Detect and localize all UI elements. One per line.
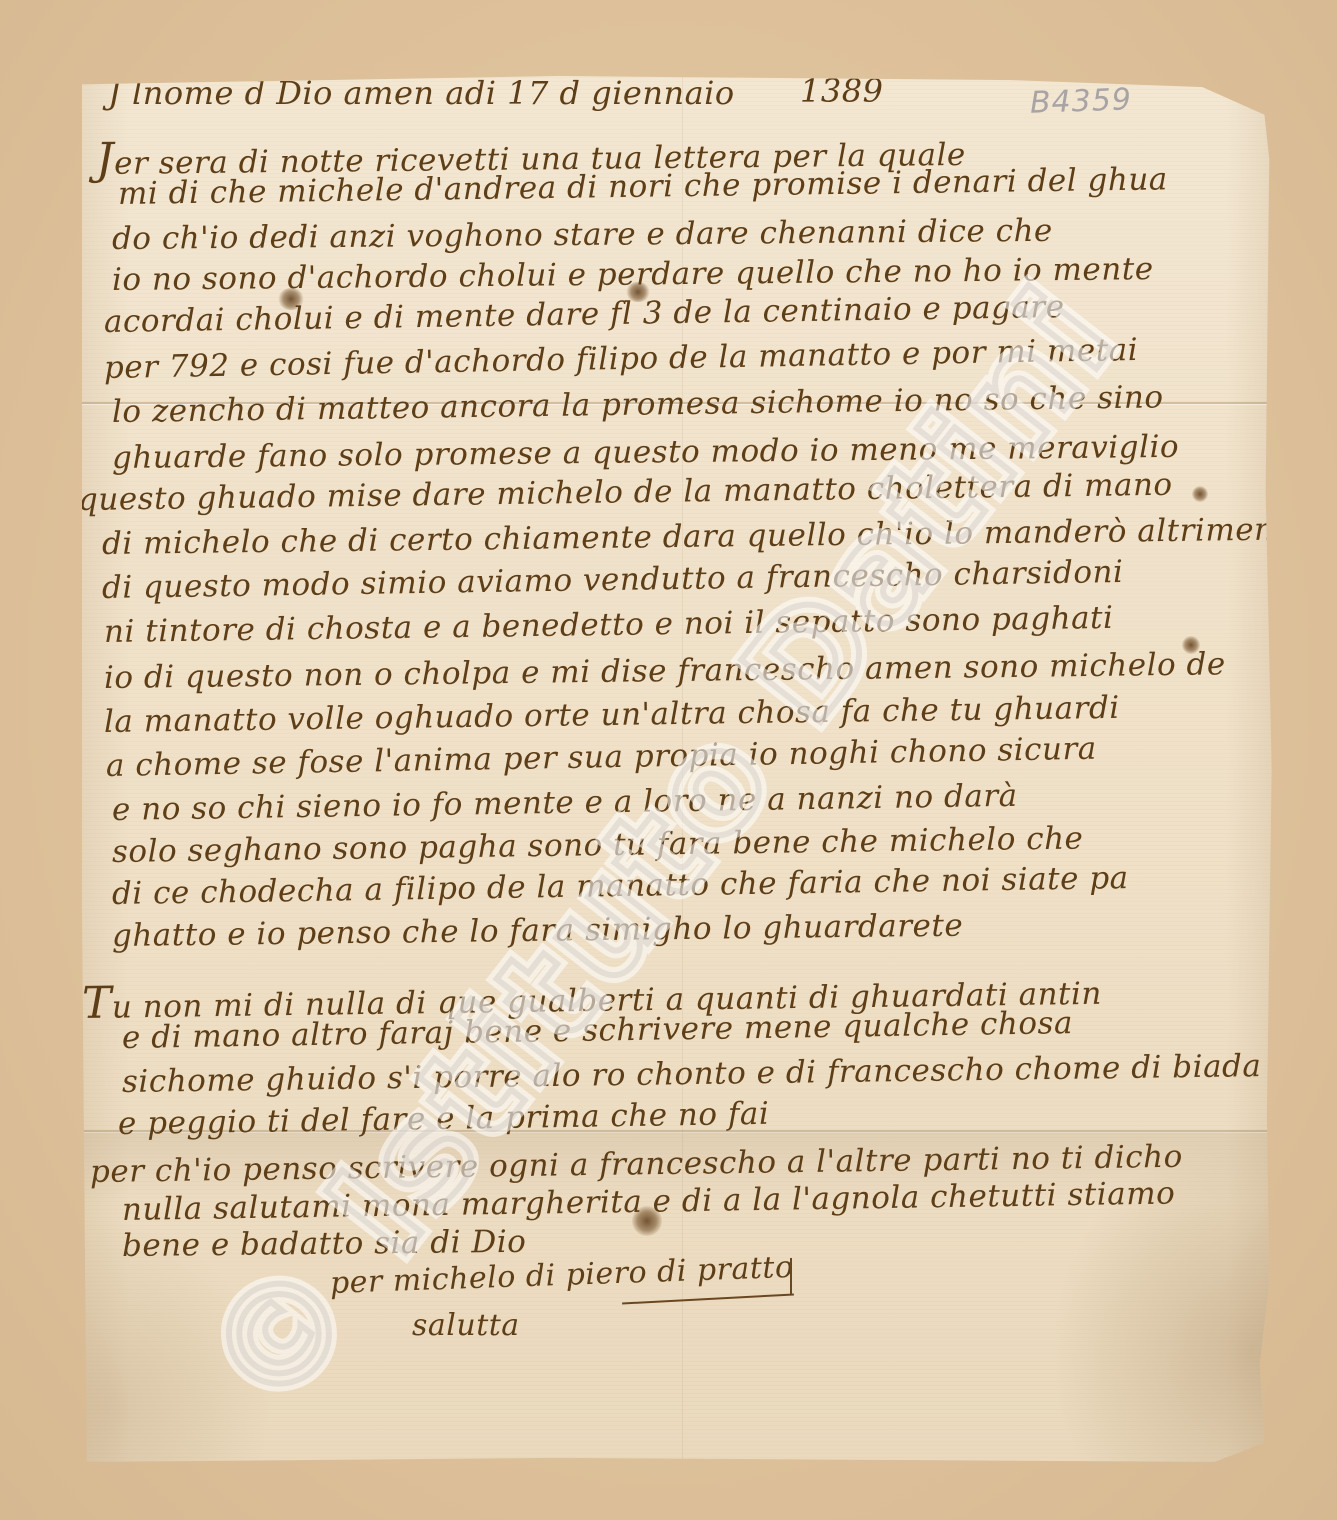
ink-stain	[1192, 486, 1208, 502]
text-line: a chome se fose l'anima per sua propia i…	[106, 731, 1097, 784]
text-line: bene e badatto sia di Dio	[122, 1224, 527, 1264]
text-line: io di questo non o cholpa e mi dise fran…	[104, 646, 1226, 696]
text-line: lo zencho di matteo ancora la promesa si…	[112, 379, 1164, 430]
archive-number: B4359	[1029, 82, 1132, 121]
signature-salutation: salutta	[412, 1308, 520, 1343]
text-line: do ch'io dedi anzi voghono stare e dare …	[112, 213, 1053, 257]
text-line: per 792 e cosi fue d'achordo filipo de l…	[104, 332, 1139, 386]
text-line: di questo modo simio aviamo vendutto a f…	[102, 554, 1124, 606]
text-line: sichome ghuido s'i porre alo ro chonto e…	[122, 1048, 1262, 1100]
signature-bracket	[790, 1258, 792, 1294]
text-line: e no so chi sieno io fo mente e a loro n…	[112, 778, 1018, 828]
text-line: ghatto e io penso che lo fara simigho lo…	[112, 908, 964, 954]
manuscript-sheet: B4359 J lnome d Dio amen adi 17 d gienna…	[82, 76, 1274, 1462]
text-line: ni tintore di chosta e a benedetto e noi…	[104, 600, 1114, 650]
signature-underline	[622, 1294, 794, 1305]
